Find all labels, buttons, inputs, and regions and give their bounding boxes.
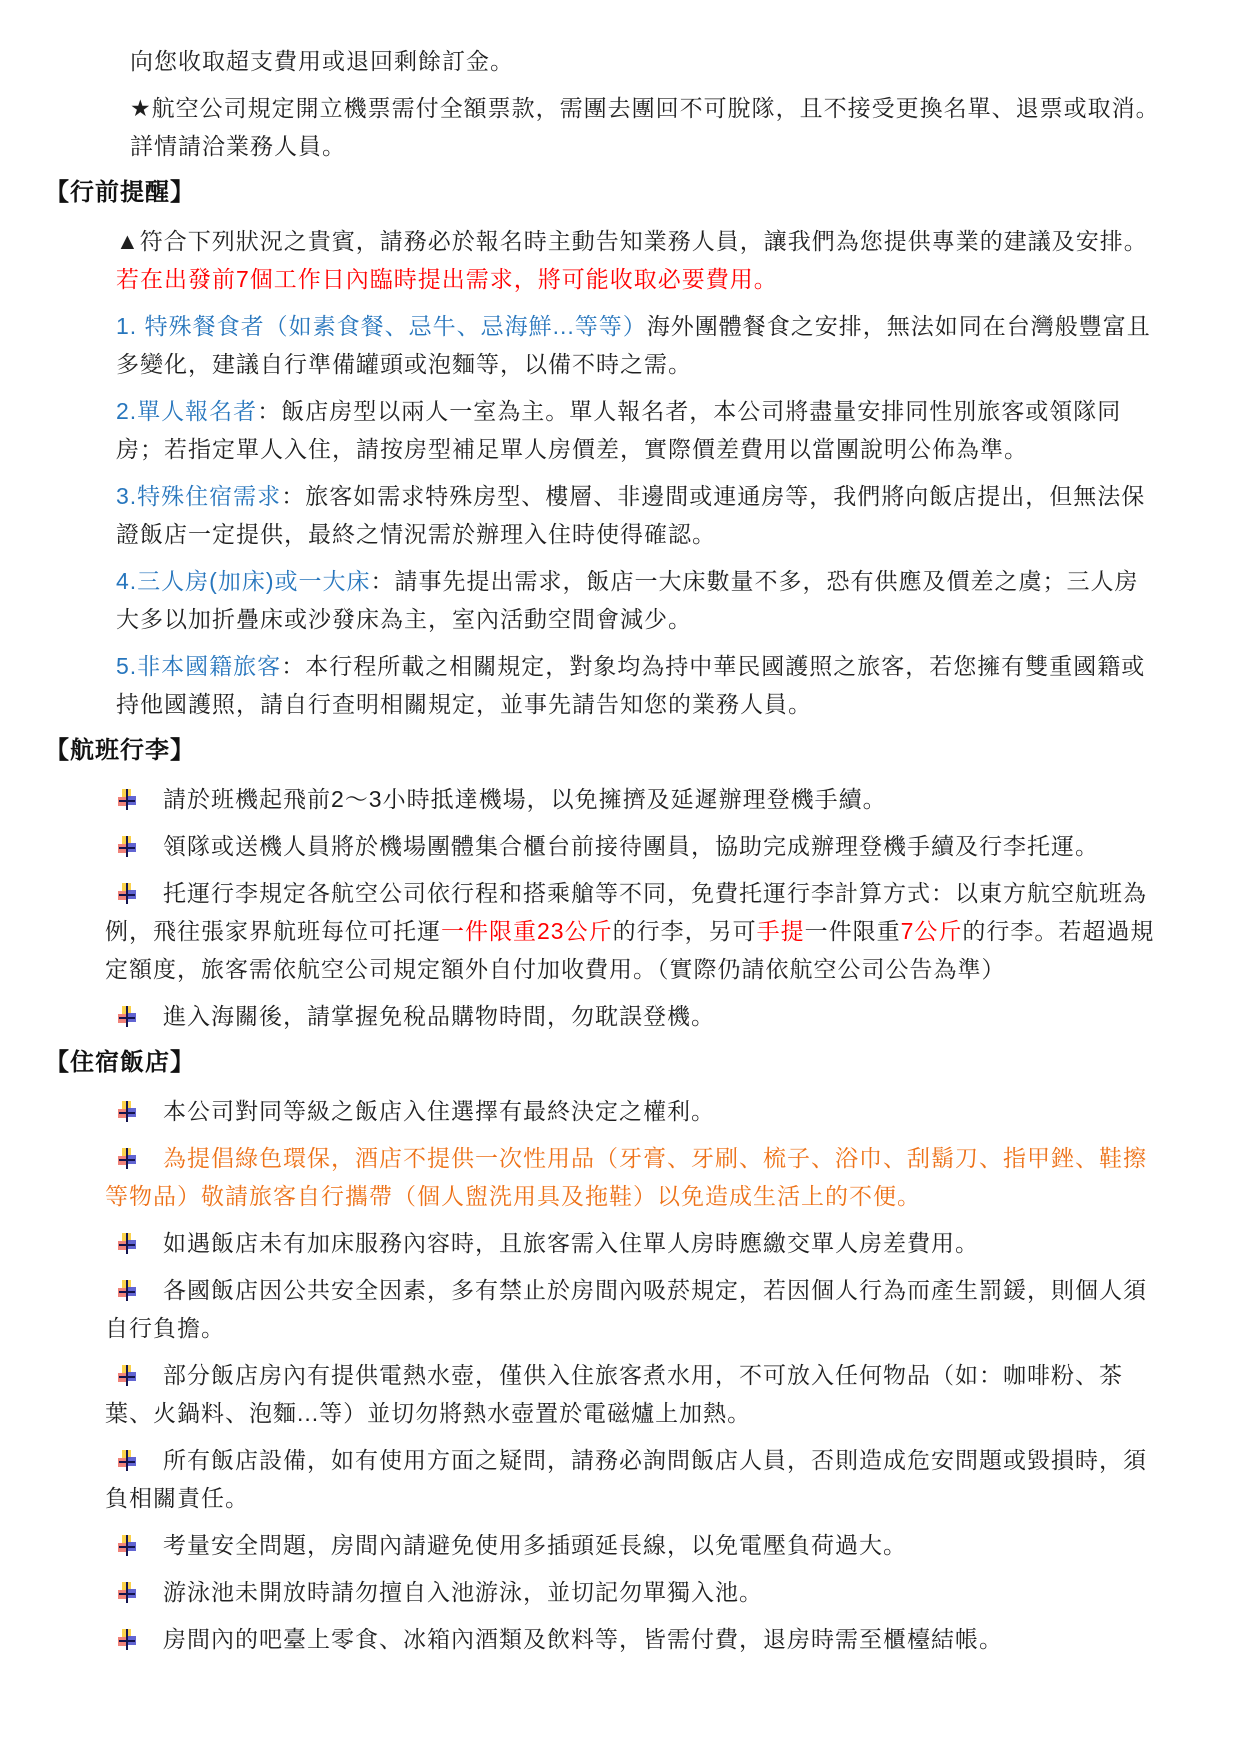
hotel-bullet-5: 部分飯店房內有提供電熱水壺，僅供入住旅客煮水用，不可放入任何物品（如：咖啡粉、茶… [105,1356,1160,1432]
hotel-bullet-3: 如遇飯店未有加床服務內容時，且旅客需入住單人房時應繳交單人房差費用。 [105,1224,1160,1262]
colored-cross-bullet-icon [118,1450,136,1471]
colored-cross-bullet-icon [118,1148,136,1169]
hotel-bullet-6: 所有飯店設備，如有使用方面之疑問，請務必詢問飯店人員，否則造成危安問題或毀損時，… [105,1441,1160,1517]
pre-trip-item-1-lead: 1. 特殊餐食者（如素食餐、忌牛、忌海鮮...等等） [116,313,647,339]
pre-trip-item-3-lead: 3.特殊住宿需求 [116,483,281,509]
colored-cross-bullet-icon [118,883,136,904]
pre-trip-item-2: 2.單人報名者：飯店房型以兩人一室為主。單人報名者，本公司將盡量安排同性別旅客或… [116,392,1160,468]
hotel-bullet-4-text: 各國飯店因公共安全因素，多有禁止於房間內吸菸規定，若因個人行為而產生罰鍰，則個人… [105,1277,1147,1341]
pre-trip-item-1: 1. 特殊餐食者（如素食餐、忌牛、忌海鮮...等等）海外團體餐食之安排，無法如同… [116,307,1160,383]
pre-trip-item-4-lead: 4.三人房(加床)或一大床 [116,568,371,594]
hotel-bullet-2-text: 為提倡綠色環保，酒店不提供一次性用品（牙膏、牙刷、梳子、浴巾、刮鬍刀、指甲銼、鞋… [105,1145,1147,1209]
section-header-hotel: 【住宿飯店】 [45,1044,1240,1082]
colored-cross-bullet-icon [118,1233,136,1254]
flight-bullet-1-text: 請於班機起飛前2～3小時抵達機場，以免擁擠及延遲辦理登機手續。 [163,786,887,812]
pre-trip-item-2-body: ：飯店房型以兩人一室為主。單人報名者，本公司將盡量安排同性別旅客或領隊同房；若指… [116,398,1121,462]
flight-bullet-3-seg-3: 手提 [757,918,805,944]
flight-bullet-3-seg-1: 一件限重23公斤 [441,918,613,944]
hotel-bullet-4: 各國飯店因公共安全因素，多有禁止於房間內吸菸規定，若因個人行為而產生罰鍰，則個人… [105,1271,1160,1347]
flight-bullet-3: 托運行李規定各航空公司依行程和搭乘艙等不同，免費托運行李計算方式：以東方航空航班… [105,874,1160,988]
pre-trip-item-5-lead: 5.非本國籍旅客 [116,653,281,679]
hotel-bullet-7-text: 考量安全問題，房間內請避免使用多插頭延長線，以免電壓負荷過大。 [163,1532,907,1558]
intro-paragraph-1: 向您收取超支費用或退回剩餘訂金。 [130,42,1160,80]
section-header-pre-trip: 【行前提醒】 [45,174,1240,212]
hotel-bullet-2: 為提倡綠色環保，酒店不提供一次性用品（牙膏、牙刷、梳子、浴巾、刮鬍刀、指甲銼、鞋… [105,1139,1160,1215]
hotel-bullet-9: 房間內的吧臺上零食、冰箱內酒類及飲料等，皆需付費，退房時需至櫃檯結帳。 [105,1620,1160,1658]
colored-cross-bullet-icon [118,1629,136,1650]
pre-trip-notice-red: 若在出發前7個工作日內臨時提出需求，將可能收取必要費用。 [116,266,778,292]
intro-paragraph-2: ★航空公司規定開立機票需付全額票款，需團去團回不可脫隊，且不接受更換名單、退票或… [130,89,1160,165]
colored-cross-bullet-icon [118,1535,136,1556]
flight-bullet-2: 領隊或送機人員將於機場團體集合櫃台前接待團員，協助完成辦理登機手續及行李托運。 [105,827,1160,865]
pre-trip-item-2-lead: 2.單人報名者 [116,398,257,424]
colored-cross-bullet-icon [118,1365,136,1386]
airline-ticket-rule-text: ★航空公司規定開立機票需付全額票款，需團去團回不可脫隊，且不接受更換名單、退票或… [130,95,1160,159]
travel-notice-document: 向您收取超支費用或退回剩餘訂金。 ★航空公司規定開立機票需付全額票款，需團去團回… [0,0,1240,1658]
hotel-bullet-5-text: 部分飯店房內有提供電熱水壺，僅供入住旅客煮水用，不可放入任何物品（如：咖啡粉、茶… [105,1362,1123,1426]
colored-cross-bullet-icon [118,1280,136,1301]
pre-trip-item-4: 4.三人房(加床)或一大床：請事先提出需求，飯店一大床數量不多，恐有供應及價差之… [116,562,1160,638]
hotel-bullet-3-text: 如遇飯店未有加床服務內容時，且旅客需入住單人房時應繳交單人房差費用。 [163,1230,979,1256]
pre-trip-item-3: 3.特殊住宿需求：旅客如需求特殊房型、樓層、非邊間或連通房等，我們將向飯店提出，… [116,477,1160,553]
hotel-bullet-1-text: 本公司對同等級之飯店入住選擇有最終決定之權利。 [163,1098,715,1124]
flight-bullet-2-text: 領隊或送機人員將於機場團體集合櫃台前接待團員，協助完成辦理登機手續及行李托運。 [163,833,1099,859]
hotel-bullet-6-text: 所有飯店設備，如有使用方面之疑問，請務必詢問飯店人員，否則造成危安問題或毀損時，… [105,1447,1147,1511]
section-header-flight-luggage: 【航班行李】 [45,732,1240,770]
colored-cross-bullet-icon [118,789,136,810]
flight-bullet-4: 進入海關後，請掌握免稅品購物時間，勿耽誤登機。 [105,997,1160,1035]
flight-bullet-3-seg-4: 一件限重 [805,918,901,944]
flight-bullet-1: 請於班機起飛前2～3小時抵達機場，以免擁擠及延遲辦理登機手續。 [105,780,1160,818]
colored-cross-bullet-icon [118,1582,136,1603]
hotel-bullet-7: 考量安全問題，房間內請避免使用多插頭延長線，以免電壓負荷過大。 [105,1526,1160,1564]
flight-bullet-3-seg-5: 7公斤 [901,918,963,944]
colored-cross-bullet-icon [118,1101,136,1122]
hotel-bullet-8-text: 游泳池未開放時請勿擅自入池游泳，並切記勿單獨入池。 [163,1579,763,1605]
pre-trip-notice-black: ▲符合下列狀況之貴賓，請務必於報名時主動告知業務人員，讓我們為您提供專業的建議及… [116,228,1148,254]
intro-line-1: 向您收取超支費用或退回剩餘訂金。 [130,48,514,74]
colored-cross-bullet-icon [118,836,136,857]
colored-cross-bullet-icon [118,1006,136,1027]
pre-trip-item-5: 5.非本國籍旅客：本行程所載之相關規定，對象均為持中華民國護照之旅客，若您擁有雙… [116,647,1160,723]
hotel-bullet-8: 游泳池未開放時請勿擅自入池游泳，並切記勿單獨入池。 [105,1573,1160,1611]
flight-bullet-4-text: 進入海關後，請掌握免稅品購物時間，勿耽誤登機。 [163,1003,715,1029]
pre-trip-notice: ▲符合下列狀況之貴賓，請務必於報名時主動告知業務人員，讓我們為您提供專業的建議及… [116,222,1160,298]
hotel-bullet-9-text: 房間內的吧臺上零食、冰箱內酒類及飲料等，皆需付費，退房時需至櫃檯結帳。 [163,1626,1003,1652]
hotel-bullet-1: 本公司對同等級之飯店入住選擇有最終決定之權利。 [105,1092,1160,1130]
flight-bullet-3-seg-2: 的行李，另可 [613,918,757,944]
